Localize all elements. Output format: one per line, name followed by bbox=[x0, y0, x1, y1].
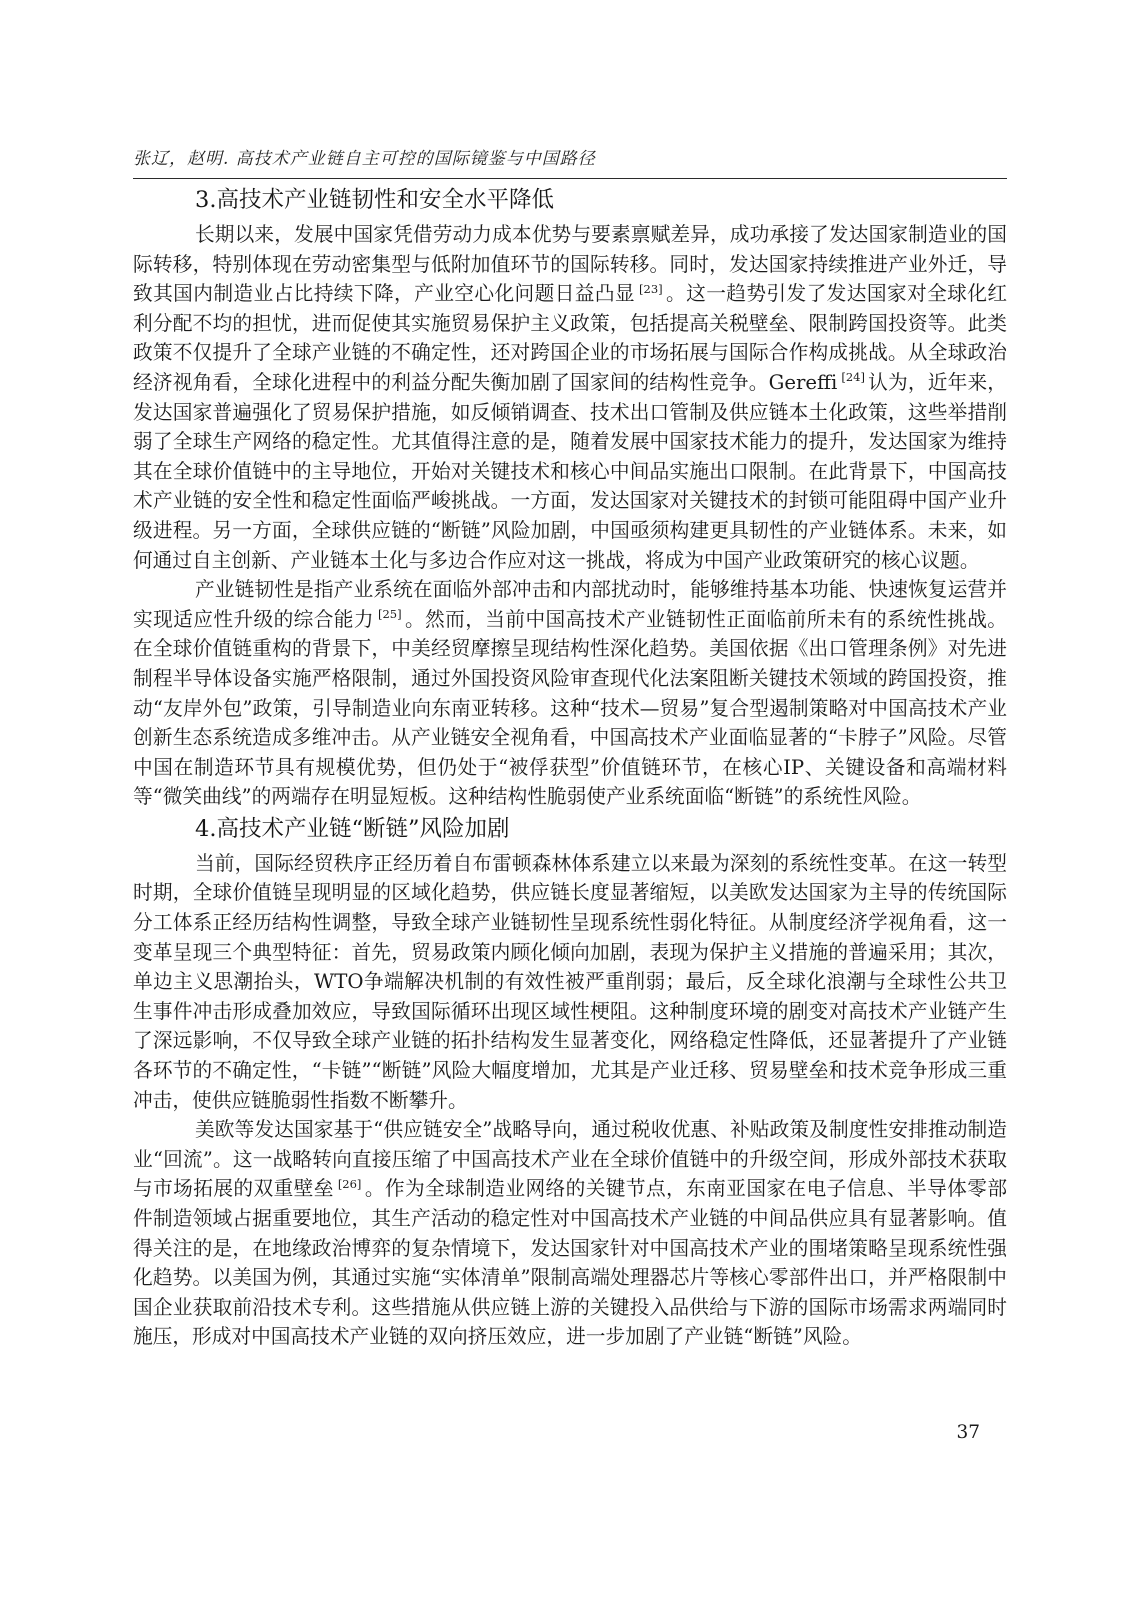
paragraph-4: 美欧等发达国家基于“供应链安全”战略导向，通过税收优惠、补贴政策及制度性安排推动… bbox=[133, 1115, 1007, 1352]
citation-ref-26: [26] bbox=[338, 1177, 362, 1191]
paragraph-2: 产业链韧性是指产业系统在面临外部冲击和内部扰动时，能够维持基本功能、快速恢复运营… bbox=[133, 575, 1007, 812]
running-header: 张辽，赵明. 高技术产业链自主可控的国际镜鉴与中国路径 bbox=[133, 144, 1007, 179]
paragraph-1-text: 认为，近年来，发达国家普遍强化了贸易保护措施，如反倾销调查、技术出口管制及供应链… bbox=[133, 371, 1007, 572]
paragraph-2-text: 。然而，当前中国高技术产业链韧性正面临前所未有的系统性挑战。在全球价值链重构的背… bbox=[133, 608, 1007, 809]
citation-ref-23: [23] bbox=[639, 282, 663, 296]
citation-ref-25: [25] bbox=[378, 607, 402, 621]
paragraph-3-text: 当前，国际经贸秩序正经历着自布雷顿森林体系建立以来最为深刻的系统性变革。在这一转… bbox=[133, 852, 1007, 1112]
page-body: 3.高技术产业链韧性和安全水平降低 长期以来，发展中国家凭借劳动力成本优势与要素… bbox=[133, 183, 1007, 1352]
header-rule bbox=[133, 178, 1007, 179]
paragraph-3: 当前，国际经贸秩序正经历着自布雷顿森林体系建立以来最为深刻的系统性变革。在这一转… bbox=[133, 849, 1007, 1115]
section-heading-4: 4.高技术产业链“断链”风险加剧 bbox=[133, 812, 1007, 847]
paragraph-1: 长期以来，发展中国家凭借劳动力成本优势与要素禀赋差异，成功承接了发达国家制造业的… bbox=[133, 220, 1007, 575]
paragraph-4-text: 。作为全球制造业网络的关键节点，东南亚国家在电子信息、半导体零部件制造领域占据重… bbox=[133, 1177, 1007, 1348]
citation-ref-24: [24] bbox=[841, 370, 865, 384]
section-heading-3: 3.高技术产业链韧性和安全水平降低 bbox=[133, 183, 1007, 218]
page-number: 37 bbox=[956, 1422, 980, 1443]
paper-page: 张辽，赵明. 高技术产业链自主可控的国际镜鉴与中国路径 3.高技术产业链韧性和安… bbox=[0, 0, 1140, 1600]
header-citation: 张辽，赵明. 高技术产业链自主可控的国际镜鉴与中国路径 bbox=[133, 144, 1007, 178]
